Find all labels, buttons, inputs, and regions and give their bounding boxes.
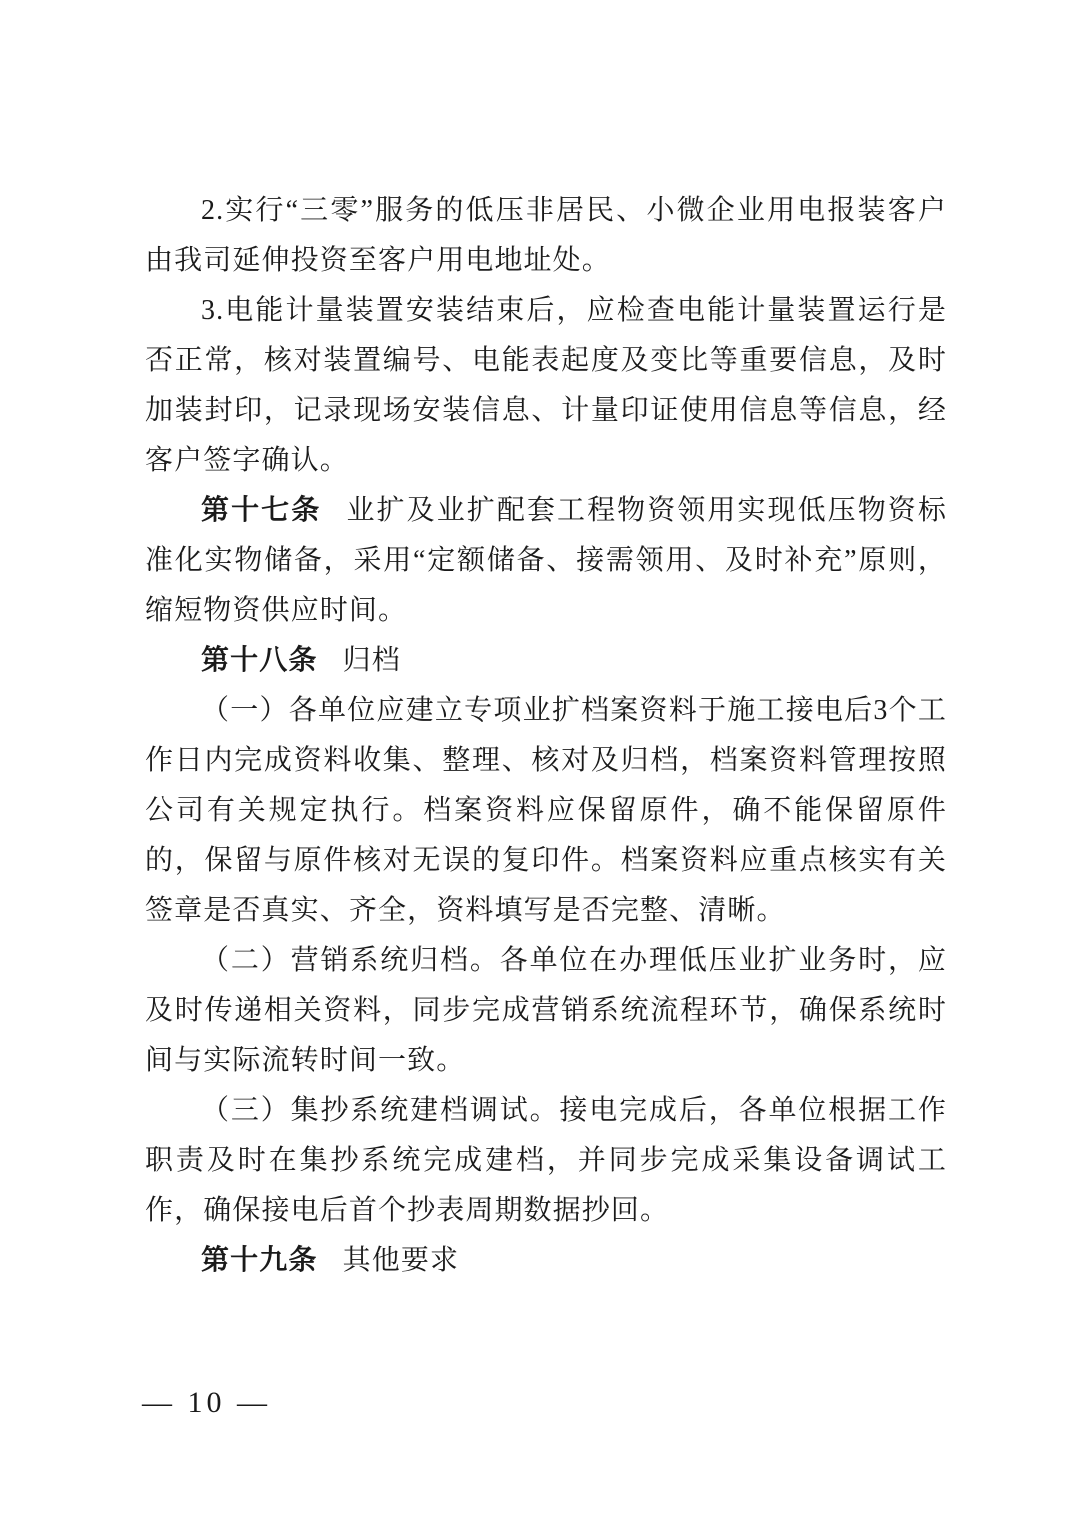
paragraph-text: 3.电能计量装置安装结束后，应检查电能计量装置运行是否正常，核对装置编号、电能表…	[145, 295, 947, 476]
footer-page-number: — 10 —	[142, 1383, 271, 1423]
paragraph-text: （三）集抄系统建档调试。接电完成后，各单位根据工作职责及时在集抄系统完成建档，并…	[145, 1095, 947, 1226]
paragraph: 2.实行“三零”服务的低压非居民、小微企业用电报装客户由我司延伸投资至客户用电地…	[145, 186, 947, 286]
document-text-block: 2.实行“三零”服务的低压非居民、小微企业用电报装客户由我司延伸投资至客户用电地…	[145, 186, 947, 1286]
paragraph-text: （二）营销系统归档。各单位在办理低压业扩业务时，应及时传递相关资料，同步完成营销…	[145, 945, 947, 1076]
document-page: 2.实行“三零”服务的低压非居民、小微企业用电报装客户由我司延伸投资至客户用电地…	[0, 0, 1074, 1520]
paragraph: 第十七条业扩及业扩配套工程物资领用实现低压物资标准化实物储备，采用“定额储备、接…	[145, 486, 947, 636]
paragraph-text: （一）各单位应建立专项业扩档案资料于施工接电后3个工作日内完成资料收集、整理、核…	[145, 695, 947, 926]
paragraph: （二）营销系统归档。各单位在办理低压业扩业务时，应及时传递相关资料，同步完成营销…	[145, 936, 947, 1086]
paragraph-text: 其他要求	[343, 1245, 459, 1276]
article-term: 第十八条	[201, 645, 317, 676]
paragraph: （一）各单位应建立专项业扩档案资料于施工接电后3个工作日内完成资料收集、整理、核…	[145, 686, 947, 936]
paragraph-text: 归档	[343, 645, 401, 676]
article-term: 第十九条	[201, 1245, 317, 1276]
paragraph: 第十八条归档	[145, 636, 947, 686]
paragraph: 3.电能计量装置安装结束后，应检查电能计量装置运行是否正常，核对装置编号、电能表…	[145, 286, 947, 486]
article-term: 第十七条	[201, 495, 321, 526]
paragraph: 第十九条其他要求	[145, 1236, 947, 1286]
paragraph: （三）集抄系统建档调试。接电完成后，各单位根据工作职责及时在集抄系统完成建档，并…	[145, 1086, 947, 1236]
paragraph-text: 2.实行“三零”服务的低压非居民、小微企业用电报装客户由我司延伸投资至客户用电地…	[145, 195, 947, 276]
